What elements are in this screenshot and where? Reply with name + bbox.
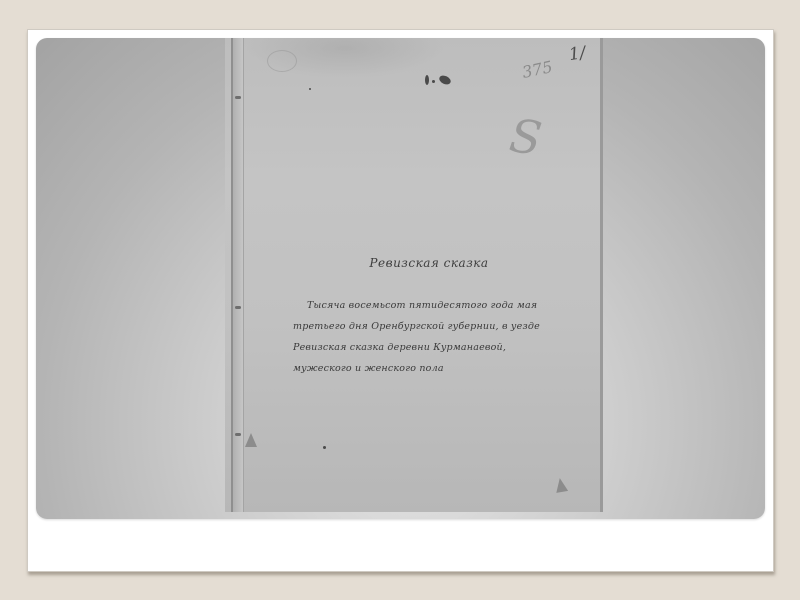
ink-blot xyxy=(323,446,326,449)
page-right-edge xyxy=(600,38,603,512)
stamp-mark xyxy=(267,50,297,72)
ink-blot xyxy=(309,88,311,90)
archive-number: 375 xyxy=(520,57,554,82)
ink-blot xyxy=(425,75,429,85)
document-line: Ревизская сказка деревни Курманаевой, xyxy=(293,337,592,358)
torn-mark xyxy=(554,477,568,493)
document-title: Ревизская сказка xyxy=(225,256,603,270)
margin-mark: S xyxy=(506,108,545,166)
document-line: Тысяча восемьсот пятидесятого года мая xyxy=(307,295,592,316)
ink-blot xyxy=(432,80,435,83)
binding-stitch xyxy=(235,306,241,309)
document-scan: 375 1/ S Ревизская сказка Тысяча восемьс… xyxy=(225,38,603,512)
binding-edge xyxy=(231,38,244,512)
photo-panel: 375 1/ S Ревизская сказка Тысяча восемьс… xyxy=(36,38,765,519)
slide-card: 375 1/ S Ревизская сказка Тысяча восемьс… xyxy=(27,29,774,572)
binding-stitch xyxy=(235,96,241,99)
document-line: третьего дня Оренбургской губернии, в уе… xyxy=(293,316,592,337)
document-line: мужеского и женского пола xyxy=(293,358,592,379)
folio-mark: 1/ xyxy=(568,43,587,65)
document-body: Тысяча восемьсот пятидесятого года мая т… xyxy=(307,295,592,379)
binding-stitch xyxy=(235,433,241,436)
ink-blot xyxy=(438,74,452,86)
torn-mark xyxy=(245,433,257,447)
